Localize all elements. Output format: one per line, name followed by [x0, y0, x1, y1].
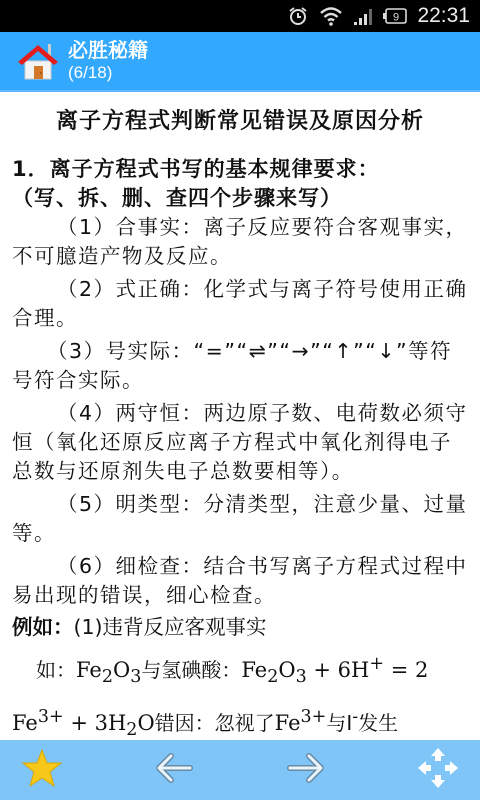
- wifi-icon: [319, 6, 343, 26]
- home-icon[interactable]: [16, 39, 60, 83]
- rule-4: （4）两守恒：两边原子数、电荷数必须守恒（氧化还原反应离子方程式中氧化剂得电子总…: [12, 399, 468, 486]
- section-heading-line1: 1．离子方程式书写的基本规律要求：: [12, 155, 468, 184]
- status-bar: 9 22:31: [0, 0, 480, 32]
- app-bar: 必胜秘籍 (6/18): [0, 32, 480, 92]
- section-heading-line2: （写、拆、删、查四个步骤来写）: [12, 184, 468, 213]
- example-heading: 例如：(1)违背反应客观事实: [12, 610, 468, 644]
- signal-icon: [353, 6, 373, 26]
- bottom-toolbar: [0, 740, 480, 800]
- example-formula-line1: 如：Fe2O3与氢碘酸：Fe2O3 + 6H+ = 2: [12, 644, 468, 697]
- document-content[interactable]: 离子方程式判断常见错误及原因分析 1．离子方程式书写的基本规律要求： （写、拆、…: [0, 94, 480, 740]
- clock: 22:31: [417, 4, 470, 28]
- alarm-icon: [287, 5, 309, 27]
- arrow-right-icon: [286, 752, 326, 788]
- document-title: 离子方程式判断常见错误及原因分析: [0, 104, 480, 135]
- section-heading: 1．离子方程式书写的基本规律要求： （写、拆、删、查四个步骤来写）: [12, 155, 468, 213]
- page-counter: (6/18): [68, 62, 148, 84]
- rule-2: （2）式正确：化学式与离子符号使用正确合理。: [12, 275, 468, 333]
- rule-3: （3）号实际：“=”“⇌”“→”“↑”“↓”等符号符合实际。: [12, 337, 468, 395]
- example-label: 例如：: [12, 615, 74, 639]
- fullscreen-button[interactable]: [414, 746, 462, 794]
- example-text: (1)违背反应客观事实: [74, 615, 267, 639]
- svg-text:9: 9: [393, 12, 399, 24]
- next-button[interactable]: [282, 746, 330, 794]
- move-arrows-icon: [417, 747, 459, 793]
- rule-6: （6）细检查：结合书写离子方程式过程中易出现的错误，细心检查。: [12, 552, 468, 610]
- rule-5: （5）明类型：分清类型，注意少量、过量等。: [12, 490, 468, 548]
- rule-1: （1）合事实：离子反应要符合客观事实，不可臆造产物及反应。: [12, 213, 468, 271]
- battery-icon: 9: [383, 8, 407, 24]
- example-formula-line2: Fe3+ + 3H2O错因：忽视了Fe3+与I-发生: [12, 697, 468, 740]
- star-icon: [21, 748, 63, 792]
- arrow-left-icon: [154, 752, 194, 788]
- favorite-button[interactable]: [18, 746, 66, 794]
- previous-button[interactable]: [150, 746, 198, 794]
- app-title: 必胜秘籍: [68, 38, 148, 62]
